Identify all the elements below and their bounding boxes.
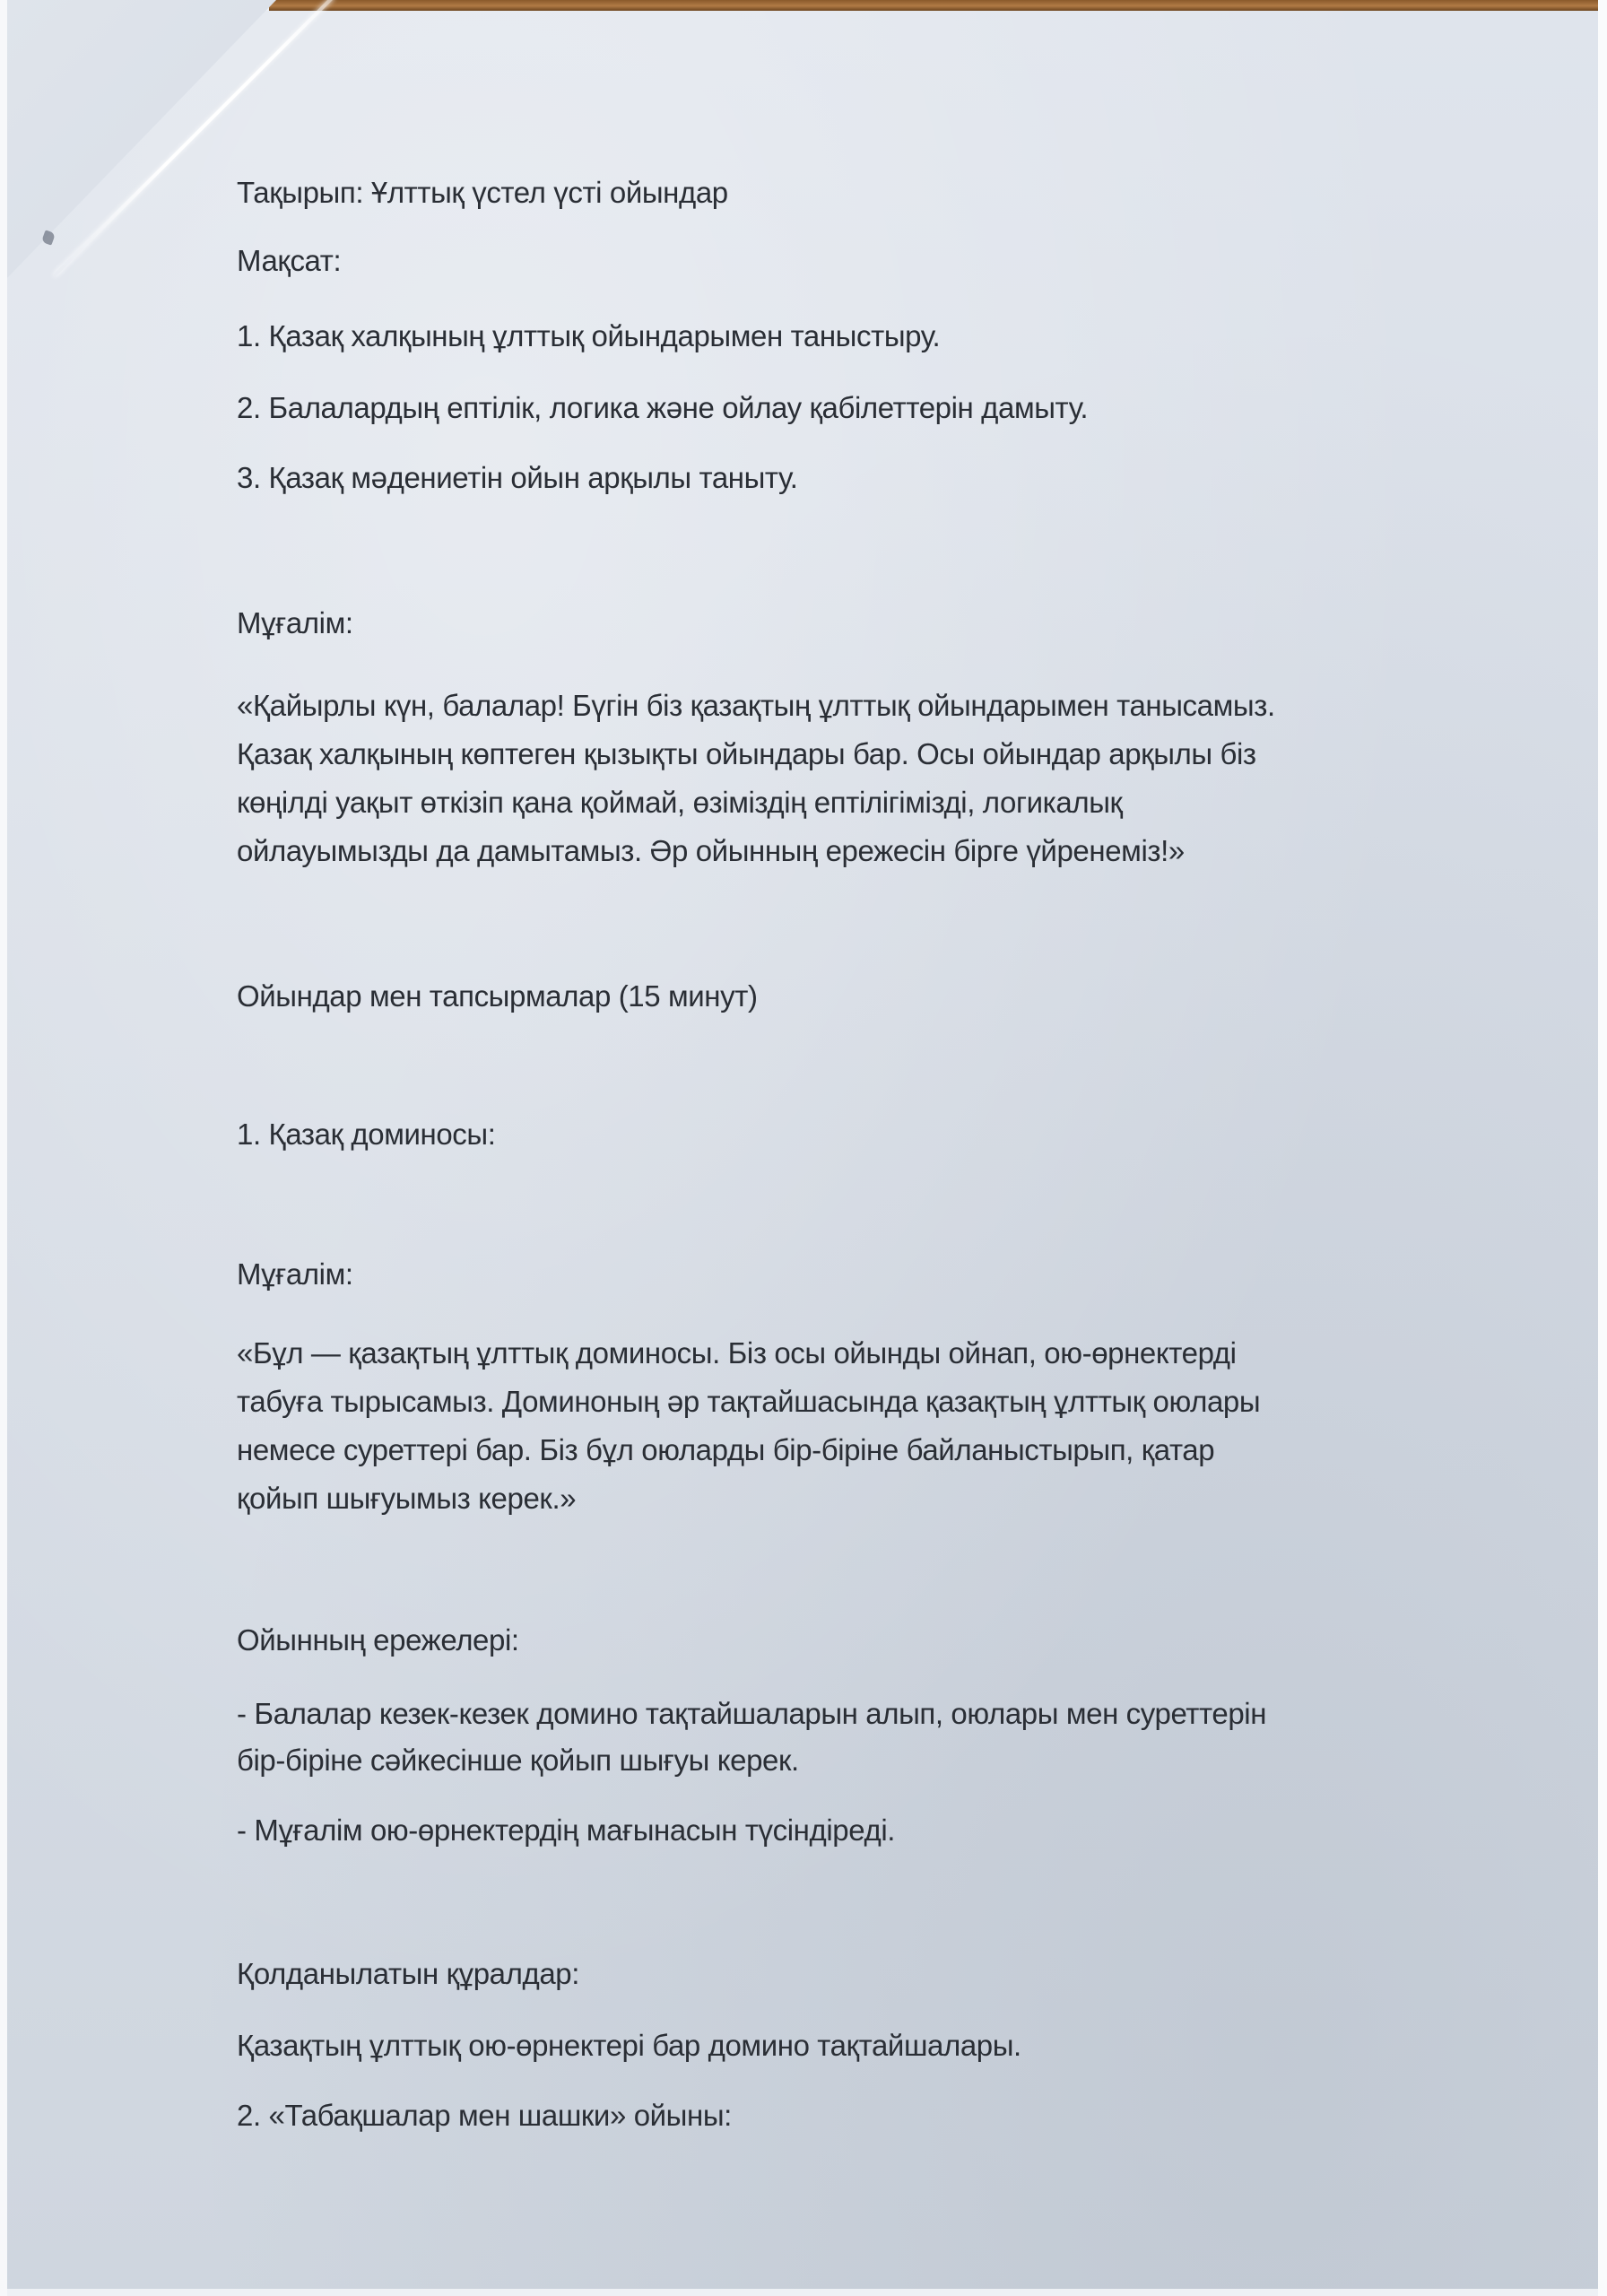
teacher-intro-label: Мұғалім: [237, 606, 353, 640]
game-1-teacher-line-1: «Бұл — қазақтың ұлттық доминосы. Біз осы… [237, 1336, 1237, 1370]
teacher-intro-line-1: «Қайырлы күн, балалар! Бүгін біз қазақты… [237, 689, 1275, 723]
game-1-tools-text: Қазақтың ұлттық ою-өрнектері бар домино … [237, 2029, 1021, 2063]
right-background-edge [1598, 0, 1607, 2296]
game-1-rule-2: - Мұғалім ою-өрнектердің мағынасын түсін… [237, 1813, 895, 1848]
document-photo: Тақырып: Ұлттық үстел үсті ойындар Мақса… [0, 0, 1607, 2296]
game-1-rules-heading: Ойынның ережелері: [237, 1623, 519, 1657]
teacher-intro-line-4: ойлауымызды да дамытамыз. Әр ойынның ере… [237, 834, 1185, 868]
game-1-teacher-line-4: қойып шығуымыз керек.» [237, 1482, 576, 1516]
goal-heading: Мақсат: [237, 244, 341, 278]
teacher-intro-line-2: Қазақ халқының көптеген қызықты ойындары… [237, 737, 1256, 771]
games-section-heading: Ойындар мен тапсырмалар (15 минут) [237, 979, 758, 1013]
topic-line: Тақырып: Ұлттық үстел үсті ойындар [237, 176, 728, 210]
game-1-teacher-line-3: немесе суреттері бар. Біз бұл оюларды бі… [237, 1433, 1214, 1467]
game-1-rule-1-line-2: бір-біріне сәйкесінше қойып шығуы керек. [237, 1744, 799, 1778]
game-2-title: 2. «Табақшалар мен шашки» ойыны: [237, 2099, 732, 2133]
game-1-title: 1. Қазақ доминосы: [237, 1118, 495, 1152]
wooden-table-edge [269, 0, 1601, 11]
teacher-intro-line-3: көңілді уақыт өткізіп қана қоймай, өзімі… [237, 786, 1123, 820]
goal-item-1: 1. Қазақ халқының ұлттық ойындарымен тан… [237, 319, 940, 353]
goal-item-2: 2. Балалардың ептілік, логика және ойлау… [237, 391, 1088, 425]
game-1-tools-heading: Қолданылатын құралдар: [237, 1957, 579, 1991]
left-background-edge [0, 0, 7, 2296]
game-1-rule-1-line-1: - Балалар кезек-кезек домино тақтайшалар… [237, 1697, 1266, 1731]
game-1-teacher-label: Мұғалім: [237, 1257, 353, 1291]
game-1-teacher-line-2: табуға тырысамыз. Доминоның әр тақтайшас… [237, 1385, 1260, 1419]
goal-item-3: 3. Қазақ мәдениетін ойын арқылы таныту. [237, 461, 798, 495]
